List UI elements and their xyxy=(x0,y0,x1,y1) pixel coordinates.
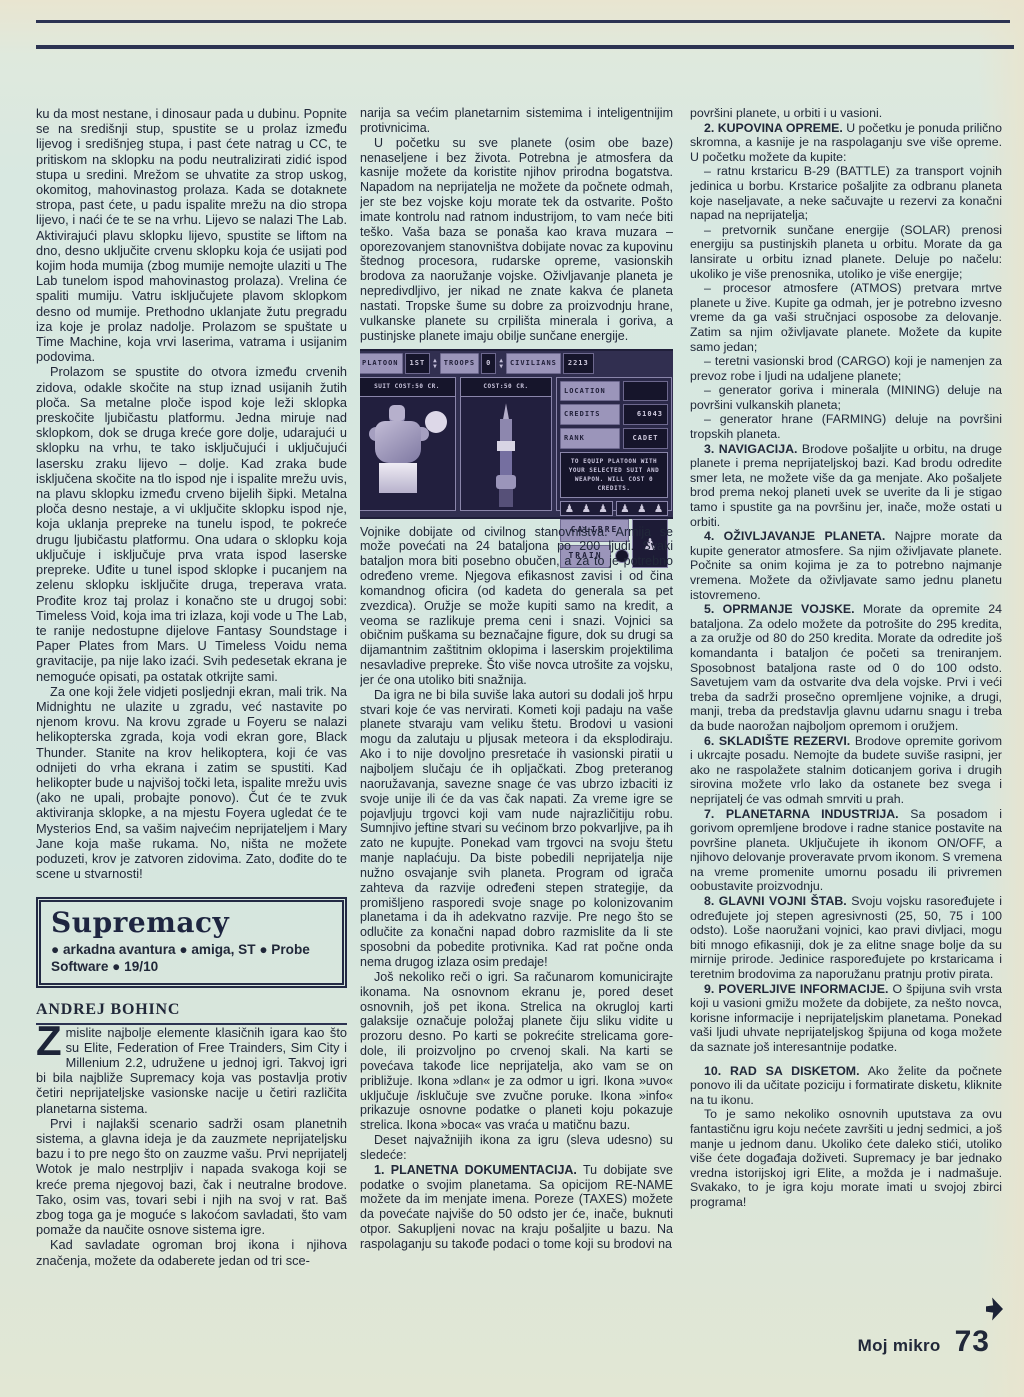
location-value: . xyxy=(623,381,668,402)
item-text: – ratnu krstaricu B-29 (BATTLE) za trans… xyxy=(690,164,1002,222)
paragraph: narija sa većim planetarnim sistemima i … xyxy=(360,106,673,136)
item-heading: 7. PLANETARNA INDUSTRIJA. xyxy=(704,807,899,821)
credits-button: CREDITS xyxy=(560,404,620,425)
list-item: – generator goriva i minerala (MINING) d… xyxy=(690,383,1002,412)
magazine-name: Moj mikro xyxy=(858,1336,941,1355)
troops-arrows: ▲▼ xyxy=(498,358,504,370)
numbered-item: 6. SKLADIŠTE REZERVI. Brodove opremite g… xyxy=(690,734,1002,807)
item-text: – procesor atmosfere (ATMOS) pretvara mr… xyxy=(690,281,1002,353)
paragraph: ku da most nestane, i dinosaur pada u du… xyxy=(36,106,347,364)
civilians-button: CIVILIANS xyxy=(506,353,561,374)
soldier-icon: ♟ xyxy=(599,502,607,515)
item-text: – generator goriva i minerala (MINING) d… xyxy=(690,383,1002,412)
soldier-icon: ♟ xyxy=(638,502,646,515)
platoon-value: 1ST xyxy=(405,353,431,374)
column-3: površini planete, u orbiti i u vasioni. … xyxy=(690,106,1002,1321)
numbered-item: 5. OPRMANJE VOJSKE. Morate da opremite 2… xyxy=(690,602,1002,733)
suit-icons-right: ♟ ♟ ♟ xyxy=(616,501,669,516)
weapon-collar xyxy=(497,441,515,451)
screenshot-main: SUIT COST:50 CR. COST:50 CR. xyxy=(360,377,672,511)
magazine-page: ku da most nestane, i dinosaur pada u du… xyxy=(0,0,1024,1397)
soldier-icon: ♟ xyxy=(582,502,590,515)
item-heading: 1. PLANETNA DOKUMENTACIJA. xyxy=(374,1163,577,1177)
list-item: – teretni vasionski brod (CARGO) koji je… xyxy=(690,354,1002,383)
paragraph: Prolazom se spustite do otvora između cr… xyxy=(36,364,347,683)
platoon-button: PLATOON xyxy=(360,353,403,374)
item-text: površini planete, u orbiti i u vasioni. xyxy=(690,106,882,120)
top-rule-thick xyxy=(36,45,1014,49)
weapon-cost-label: COST:50 CR. xyxy=(461,378,551,398)
drop-cap: Z xyxy=(36,1025,66,1056)
down-arrow-icon: ▼ xyxy=(433,364,437,370)
down-arrow-icon: ▼ xyxy=(499,364,503,370)
item-text: – teretni vasionski brod (CARGO) koji je… xyxy=(690,354,1002,383)
suit-icons-left: ♟ ♟ ♟ xyxy=(560,501,613,516)
list-item: – procesor atmosfere (ATMOS) pretvara mr… xyxy=(690,281,1002,354)
soldier-icon: ♟ xyxy=(655,502,663,515)
status-panel: LOCATION . CREDITS 61043 RANK CADET TO E… xyxy=(556,377,672,511)
rank-row: RANK CADET xyxy=(560,428,668,449)
item-heading: 8. GLAVNI VOJNI ŠTAB. xyxy=(704,894,847,908)
author-name: ANDREJ BOHINC xyxy=(36,1002,347,1017)
numbered-item: 7. PLANETARNA INDUSTRIJA. Sa posadom i g… xyxy=(690,807,1002,895)
game-screenshot: PLATOON 1ST ▲▼ TROOPS 0 ▲▼ CIVILIANS 221… xyxy=(360,349,673,519)
review-header-box: Supremacy ● arkadna avantura ● amiga, ST… xyxy=(36,897,347,988)
item-heading: 5. OPRMANJE VOJSKE. xyxy=(704,602,855,616)
item-text: – generator hrane (FARMING) deluje na po… xyxy=(690,412,1002,441)
list-item: – pretvornik sunčane energije (SOLAR) pr… xyxy=(690,223,1002,281)
column-2: narija sa većim planetarnim sistemima i … xyxy=(360,106,673,1371)
paragraph: Prvi i najlakši scenario sadrži osam pla… xyxy=(36,1116,347,1238)
screenshot-top-bar: PLATOON 1ST ▲▼ TROOPS 0 ▲▼ CIVILIANS 221… xyxy=(360,355,672,373)
weapon-barrel xyxy=(500,419,512,441)
weapon-panel: COST:50 CR. xyxy=(460,377,552,511)
item-heading: 4. OŽIVLJAVANJE PLANETA. xyxy=(704,529,885,543)
credits-value: 61043 xyxy=(623,404,668,425)
item-heading: 9. POVERLJIVE INFORMACIJE. xyxy=(704,982,888,996)
troops-button: TROOPS xyxy=(440,353,479,374)
review-meta: ● arkadna avantura ● amiga, ST ● Probe S… xyxy=(51,941,332,975)
review-intro: Zmislite najbolje elemente klasičnih iga… xyxy=(36,1025,347,1116)
paragraph: Još nekoliko reči o igri. Sa računarom k… xyxy=(360,970,673,1133)
top-rule-thin xyxy=(36,20,1010,23)
numbered-item: 10. RAD SA DISKETOM. Ako želite da počne… xyxy=(690,1064,1002,1108)
troops-value: 0 xyxy=(481,353,496,374)
column-1: ku da most nestane, i dinosaur pada u du… xyxy=(36,106,347,1366)
location-button: LOCATION xyxy=(560,381,620,402)
rank-value: CADET xyxy=(623,428,668,449)
suit-portrait xyxy=(360,397,455,509)
paragraph: Za one koji žele vidjeti posljednji ekra… xyxy=(36,684,347,882)
soldier-icon: ♟ xyxy=(566,502,574,515)
item-heading: 10. RAD SA DISKETOM. xyxy=(704,1064,860,1078)
weapon-base xyxy=(499,489,513,507)
paragraph: Kad savladate ogroman broj ikona i njiho… xyxy=(36,1237,347,1267)
soldier-icon: ♟ xyxy=(621,502,629,515)
suit-panel: SUIT COST:50 CR. xyxy=(360,377,456,511)
suit-cost-label: SUIT COST:50 CR. xyxy=(360,378,455,398)
soldier-portrait-trousers xyxy=(379,463,417,493)
weapon-grip xyxy=(496,475,516,489)
weapon-tip xyxy=(501,403,511,419)
location-row: LOCATION . xyxy=(560,381,668,402)
page-footer: Moj mikro73 xyxy=(690,1325,990,1359)
civilians-value: 2213 xyxy=(563,353,594,374)
paragraph: površini planete, u orbiti i u vasioni. xyxy=(690,106,1002,121)
page-number: 73 xyxy=(955,1325,990,1358)
numbered-item: 3. NAVIGACIJA. Brodove pošaljite u orbit… xyxy=(690,442,1002,530)
rank-button: RANK xyxy=(560,428,620,449)
item-text: Morate da opremite 24 bataljona. Za odel… xyxy=(690,602,1002,733)
numbered-item: 9. POVERLJIVE INFORMACIJE. O špijuna svi… xyxy=(690,982,1002,1055)
weapon-graphic xyxy=(461,397,551,509)
item-heading: 3. NAVIGACIJA. xyxy=(704,442,797,456)
intro-text: mislite najbolje elemente klasičnih igar… xyxy=(36,1025,347,1116)
weapon-body xyxy=(500,451,512,475)
item-text: – pretvornik sunčane energije (SOLAR) pr… xyxy=(690,223,1002,281)
numbered-item: 1. PLANETNA DOKUMENTACIJA. Tu dobijate s… xyxy=(360,1163,673,1252)
credits-row: CREDITS 61043 xyxy=(560,404,668,425)
paragraph: Deset najvažnijih ikona za igru (sleva u… xyxy=(360,1133,673,1163)
paragraph: U početku su sve planete (osim obe baze)… xyxy=(360,136,673,344)
item-text: To je samo nekoliko osnovnih uputstava z… xyxy=(690,1107,1002,1209)
suit-icons-row: ♟ ♟ ♟ ♟ ♟ ♟ xyxy=(560,501,668,516)
equip-message: TO EQUIP PLATOON WITH YOUR SELECTED SUIT… xyxy=(560,452,668,498)
game-title: Supremacy xyxy=(51,908,332,938)
soldier-portrait-head xyxy=(389,405,405,421)
platoon-arrows: ▲▼ xyxy=(432,358,438,370)
numbered-item: 2. KUPOVINA OPREME. U početku je ponuda … xyxy=(690,121,1002,165)
list-item: – ratnu krstaricu B-29 (BATTLE) za trans… xyxy=(690,164,1002,222)
numbered-item: 8. GLAVNI VOJNI ŠTAB. Svoju vojsku rasor… xyxy=(690,894,1002,982)
item-heading: 2. KUPOVINA OPREME. xyxy=(704,121,843,135)
numbered-item: 4. OŽIVLJAVANJE PLANETA. Najpre morate d… xyxy=(690,529,1002,602)
paragraph: Da igra ne bi bila suviše laka autori su… xyxy=(360,688,673,970)
paragraph: To je samo nekoliko osnovnih uputstava z… xyxy=(690,1107,1002,1209)
paragraph: Vojnike dobijate od civilnog stanovništv… xyxy=(360,525,673,688)
item-heading: 6. SKLADIŠTE REZERVI. xyxy=(704,734,850,748)
list-item: – generator hrane (FARMING) deluje na po… xyxy=(690,412,1002,441)
soldier-portrait-chest xyxy=(375,421,421,463)
